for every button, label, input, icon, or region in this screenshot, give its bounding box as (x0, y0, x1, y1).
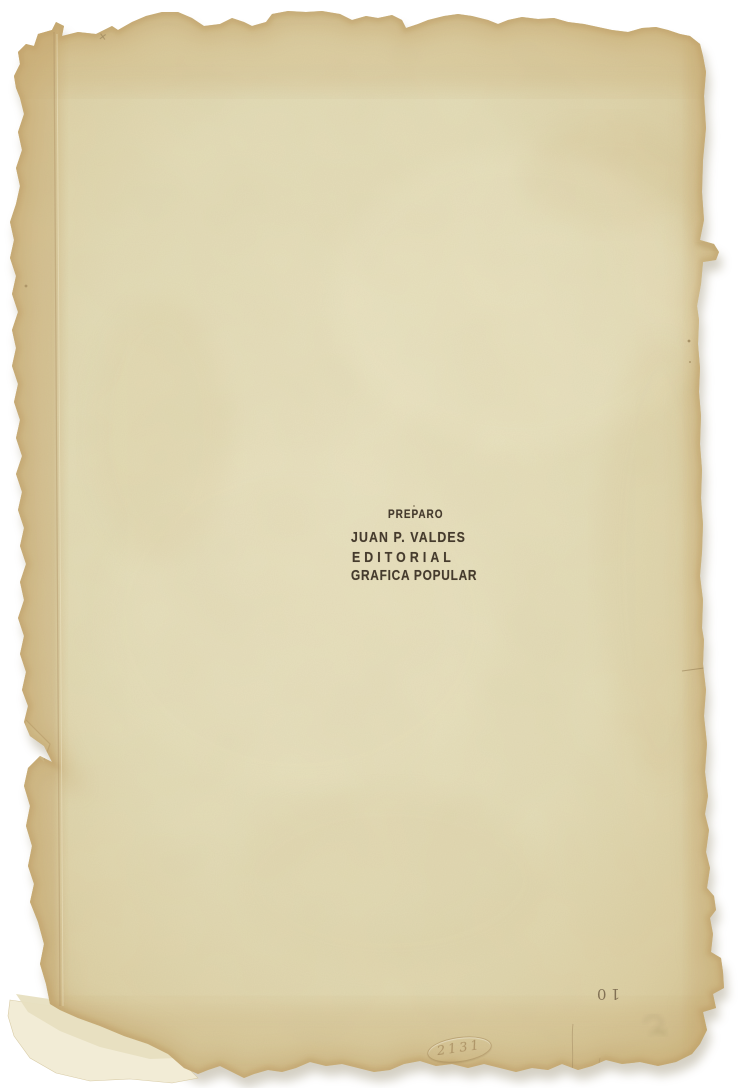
imprint-line-publisher: GRAFICA POPULAR (351, 568, 477, 584)
page-number-stamp: 10 (593, 985, 620, 1003)
imprint-line-author: JUAN P. VALDES (351, 530, 466, 546)
scanned-page: PREPARO JUAN P. VALDES EDITORIAL GRAFICA… (0, 0, 740, 1088)
imprint-line-preparo: PREPARO (388, 509, 443, 521)
imprint-line-editorial: EDITORIAL (352, 550, 455, 566)
